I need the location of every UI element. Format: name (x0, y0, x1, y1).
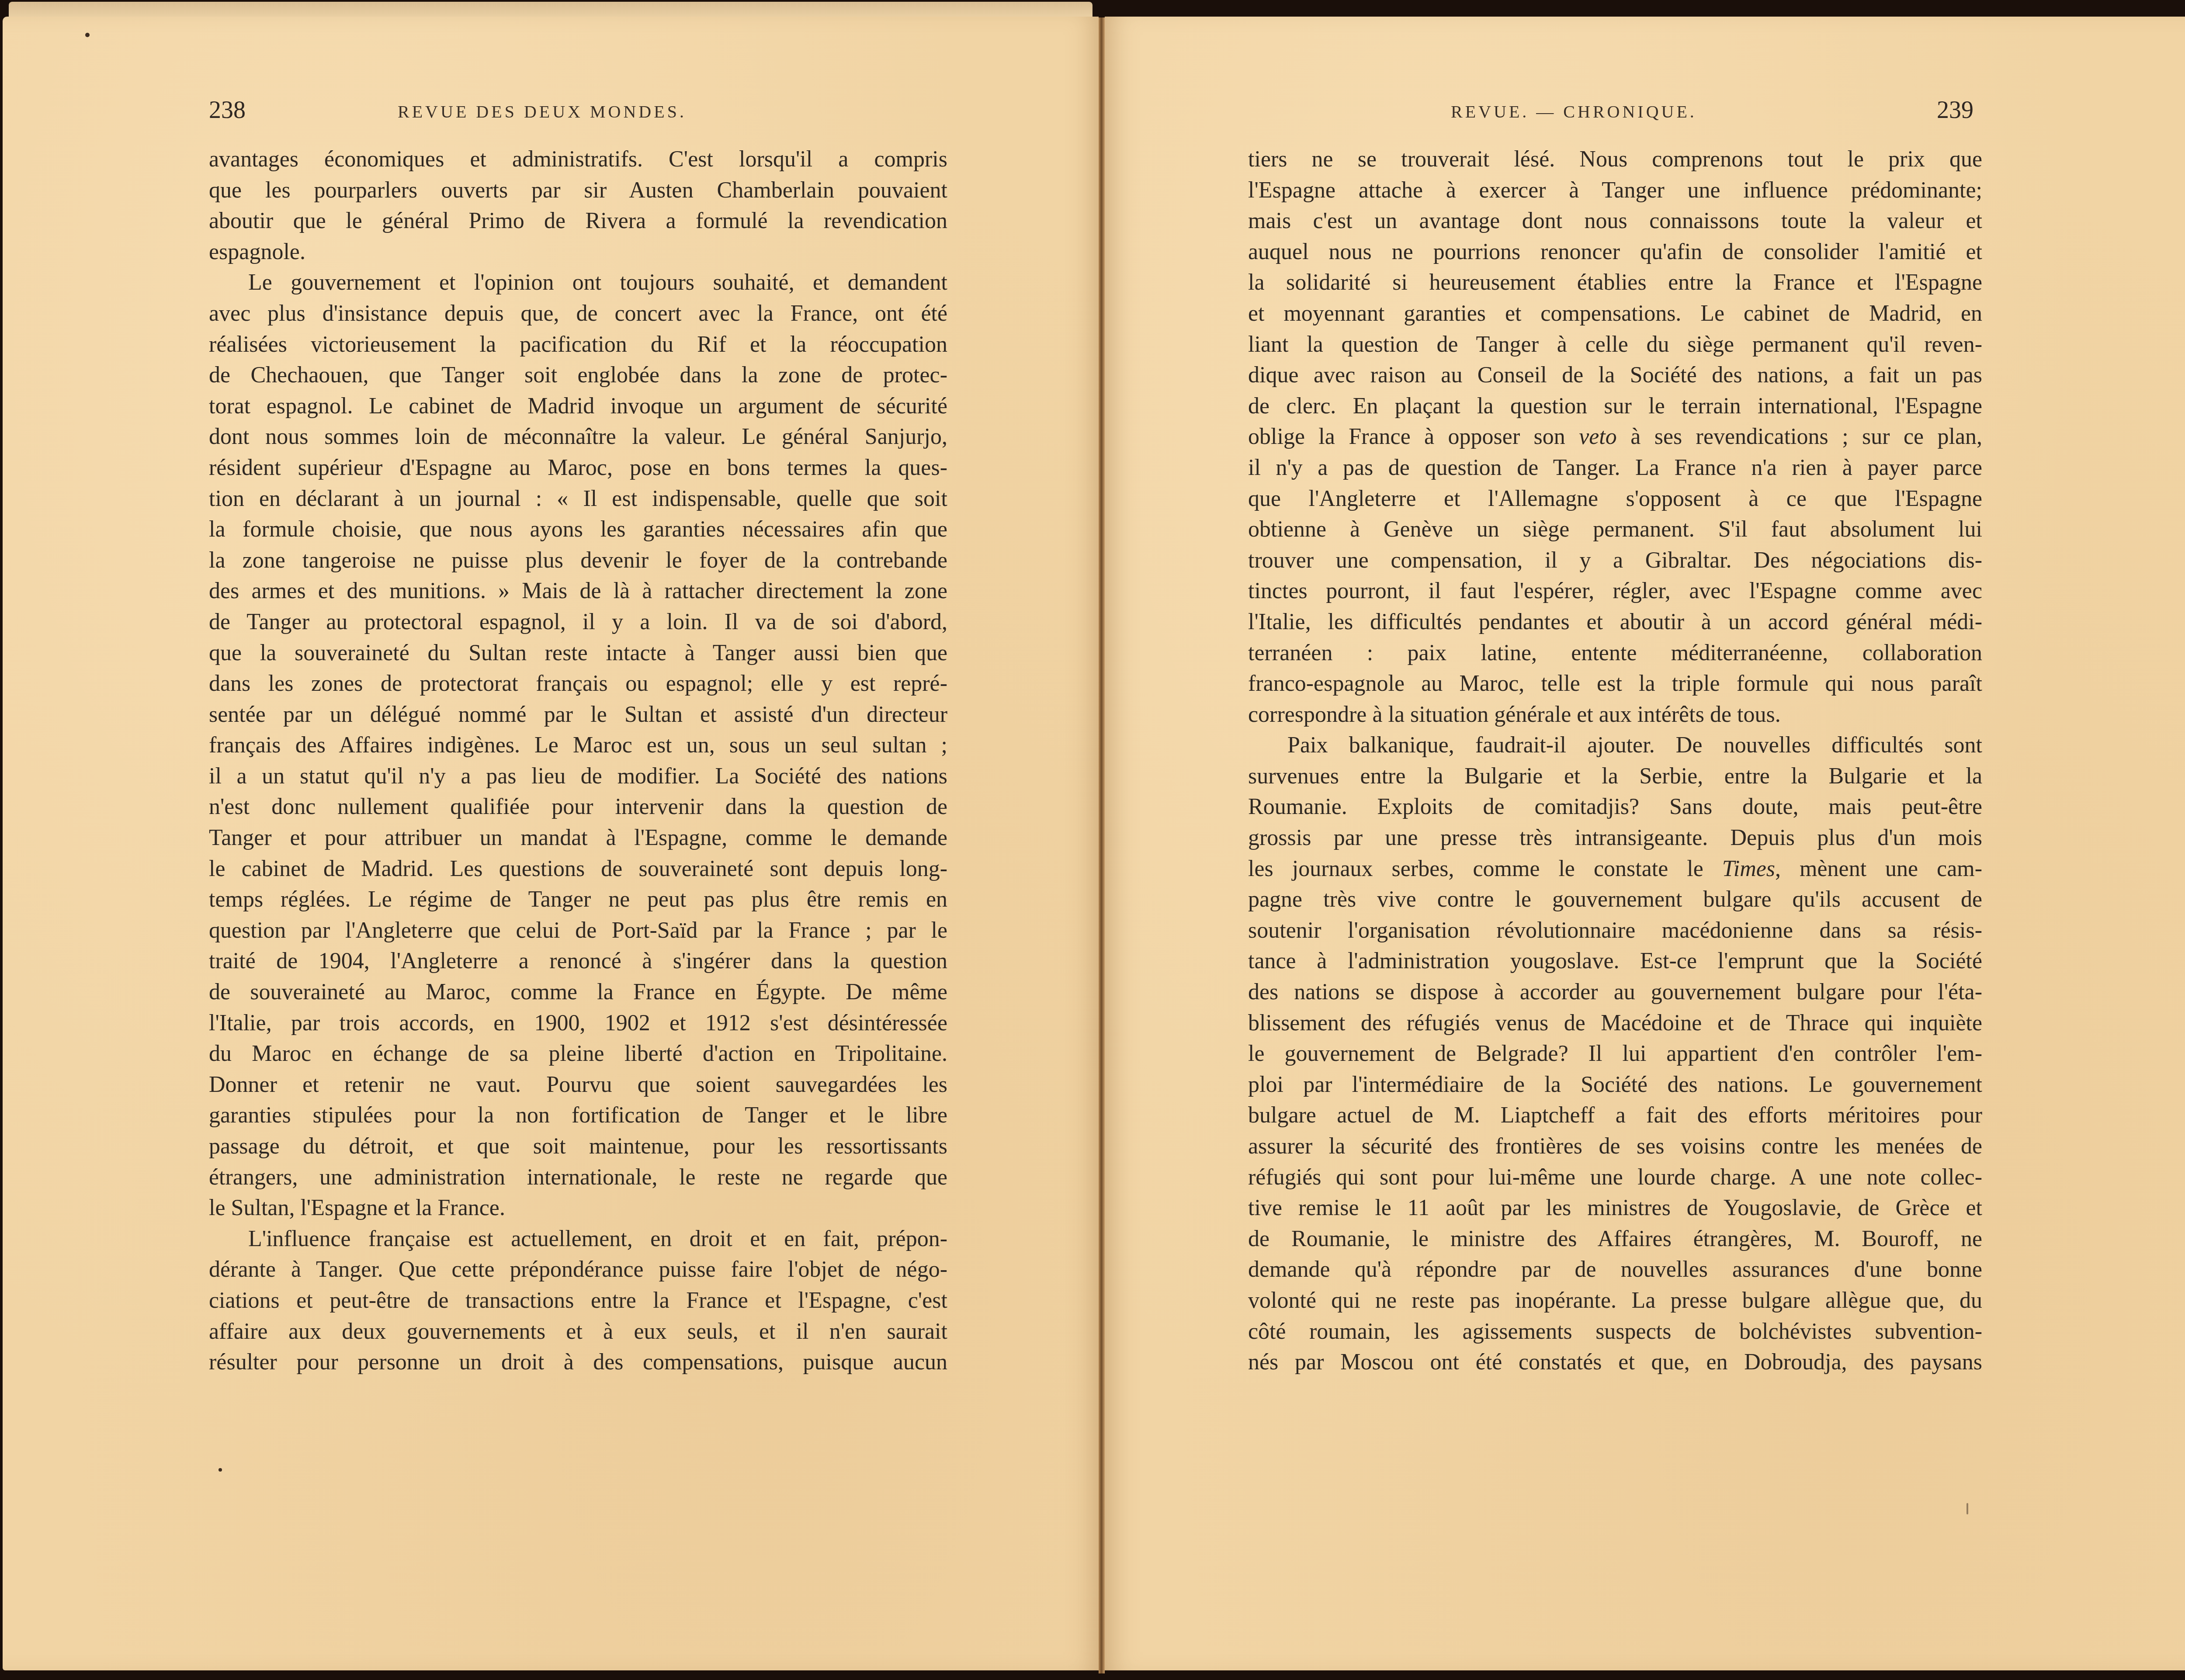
right-page-body: tiers ne se trouverait lésé. Nous compre… (1248, 144, 1982, 1378)
text-line: garanties stipulées pour la non fortific… (209, 1100, 947, 1131)
text-line: réfugiés qui sont pour lui-même une lour… (1248, 1162, 1982, 1193)
text-line: soutenir l'organisation révolutionnaire … (1248, 915, 1982, 946)
text-line: de Tanger au protectoral espagnol, il y … (209, 607, 947, 638)
book-spread: 238 REVUE DES DEUX MONDES. REVUE. — CHRO… (0, 0, 2185, 1680)
text-line: la formule choisie, que nous ayons les g… (209, 514, 947, 545)
text-line: que l'Angleterre et l'Allemagne s'oppose… (1248, 484, 1982, 515)
text-line: que les pourparlers ouverts par sir Aust… (209, 175, 947, 206)
text-line: des nations se dispose à accorder au gou… (1248, 977, 1982, 1008)
text-line: obtienne à Genève un siège permanent. S'… (1248, 514, 1982, 545)
text-line: il a un statut qu'il n'y a pas lieu de m… (209, 761, 947, 792)
text-line: la solidarité si heureusement établies e… (1248, 267, 1982, 298)
text-line: Le gouvernement et l'opinion ont toujour… (209, 267, 947, 298)
text-line: dérante à Tanger. Que cette prépondéranc… (209, 1254, 947, 1285)
text-line: tance à l'administration yougoslave. Est… (1248, 946, 1982, 977)
text-line: blissement des réfugiés venus de Macédoi… (1248, 1008, 1982, 1039)
text-line: dont nous sommes loin de méconnaître la … (209, 422, 947, 453)
paper-speck (85, 33, 90, 37)
text-line: français des Affaires indigènes. Le Maro… (209, 730, 947, 761)
text-line: question par l'Angleterre que celui de P… (209, 915, 947, 946)
text-line: le cabinet de Madrid. Les questions de s… (209, 854, 947, 885)
text-line: survenues entre la Bulgarie et la Serbie… (1248, 761, 1982, 792)
text-line: nés par Moscou ont été constatés et que,… (1248, 1347, 1982, 1378)
text-line: temps réglées. Le régime de Tanger ne pe… (209, 884, 947, 915)
text-line: avec plus d'insistance depuis que, de co… (209, 298, 947, 329)
text-line: que la souveraineté du Sultan reste inta… (209, 638, 947, 669)
text-line: liant la question de Tanger à celle du s… (1248, 329, 1982, 360)
text-line: tiers ne se trouverait lésé. Nous compre… (1248, 144, 1982, 175)
left-page-number: 238 (209, 97, 246, 123)
text-line: auquel nous ne pourrions renoncer qu'afi… (1248, 237, 1982, 268)
text-line: Tanger et pour attribuer un mandat à l'E… (209, 823, 947, 854)
text-line: il n'y a pas de question de Tanger. La F… (1248, 453, 1982, 484)
text-line: Paix balkanique, faudrait-il ajouter. De… (1248, 730, 1982, 761)
text-line: franco-espagnole au Maroc, telle est la … (1248, 669, 1982, 700)
text-line: réalisées victorieusement la pacificatio… (209, 329, 947, 360)
left-page-body: avantages économiques et administratifs.… (209, 144, 947, 1378)
text-line: demande qu'à répondre par de nouvelles a… (1248, 1254, 1982, 1285)
text-line: l'Italie, par trois accords, en 1900, 19… (209, 1008, 947, 1039)
text-line: mais c'est un avantage dont nous connais… (1248, 206, 1982, 237)
text-line: des armes et des munitions. » Mais de là… (209, 576, 947, 607)
text-line: le Sultan, l'Espagne et la France. (209, 1193, 947, 1224)
text-line: volonté qui ne reste pas inopérante. La … (1248, 1285, 1982, 1316)
text-line: correspondre à la situation générale et … (1248, 700, 1982, 731)
text-line: résulter pour personne un droit à des co… (209, 1347, 947, 1378)
text-line: grossis par une presse très intransigean… (1248, 823, 1982, 854)
text-line: les journaux serbes, comme le constate l… (1248, 854, 1982, 885)
text-line: terranéen : paix latine, entente méditer… (1248, 638, 1982, 669)
page-edge-top (9, 2, 1092, 17)
text-line: ciations et peut-être de transactions en… (209, 1285, 947, 1316)
text-line: résident supérieur d'Espagne au Maroc, p… (209, 453, 947, 484)
text-line: espagnole. (209, 237, 947, 268)
text-line: le gouvernement de Belgrade? Il lui appa… (1248, 1039, 1982, 1070)
text-line: de souveraineté au Maroc, comme la Franc… (209, 977, 947, 1008)
text-line: Roumanie. Exploits de comitadjis? Sans d… (1248, 792, 1982, 823)
text-line: l'Espagne attache à exercer à Tanger une… (1248, 175, 1982, 206)
text-line: de clerc. En plaçant la question sur le … (1248, 391, 1982, 422)
text-line: avantages économiques et administratifs.… (209, 144, 947, 175)
text-line: trouver une compensation, il y a Gibralt… (1248, 545, 1982, 576)
text-line: de Roumanie, le ministre des Affaires ét… (1248, 1224, 1982, 1255)
paper-speck (1966, 1503, 1968, 1514)
text-line: de Chechaouen, que Tanger soit englobée … (209, 360, 947, 391)
text-line: aboutir que le général Primo de Rivera a… (209, 206, 947, 237)
text-line: oblige la France à opposer son veto à se… (1248, 422, 1982, 453)
text-line: pagne très vive contre le gouvernement b… (1248, 884, 1982, 915)
text-line: traité de 1904, l'Angleterre a renoncé à… (209, 946, 947, 977)
left-running-head: REVUE DES DEUX MONDES. (398, 99, 687, 125)
text-line: dique avec raison au Conseil de la Socié… (1248, 360, 1982, 391)
text-line: passage du détroit, et que soit maintenu… (209, 1131, 947, 1162)
text-line: étrangers, une administration internatio… (209, 1162, 947, 1193)
text-line: tinctes pourront, il faut l'espérer, rég… (1248, 576, 1982, 607)
text-line: n'est donc nullement qualifiée pour inte… (209, 792, 947, 823)
paper-speck (218, 1468, 222, 1472)
text-line: torat espagnol. Le cabinet de Madrid inv… (209, 391, 947, 422)
italic-word: veto (1579, 424, 1617, 449)
text-line: dans les zones de protectorat français o… (209, 669, 947, 700)
text-line: du Maroc en échange de sa pleine liberté… (209, 1039, 947, 1070)
text-line: côté roumain, les agissements suspects d… (1248, 1316, 1982, 1347)
book-spine (1099, 17, 1105, 1673)
text-line: bulgare actuel de M. Liaptcheff a fait d… (1248, 1100, 1982, 1131)
text-line: tion en déclarant à un journal : « Il es… (209, 484, 947, 515)
text-line: assurer la sécurité des frontières de se… (1248, 1131, 1982, 1162)
right-running-head: REVUE. — CHRONIQUE. (1451, 99, 1697, 125)
text-line: tive remise le 11 août par les ministres… (1248, 1193, 1982, 1224)
text-line: et moyennant garanties et compensations.… (1248, 298, 1982, 329)
text-line: la zone tangeroise ne puisse plus deveni… (209, 545, 947, 576)
right-page-number: 239 (1937, 97, 1973, 123)
text-line: affaire aux deux gouvernements et à eux … (209, 1316, 947, 1347)
text-line: sentée par un délégué nommé par le Sulta… (209, 700, 947, 731)
text-line: Donner et retenir ne vaut. Pourvu que so… (209, 1070, 947, 1101)
italic-word: Times (1722, 856, 1775, 881)
text-line: l'Italie, les difficultés pendantes et a… (1248, 607, 1982, 638)
text-line: ploi par l'intermédiaire de la Société d… (1248, 1070, 1982, 1101)
text-line: L'influence française est actuellement, … (209, 1224, 947, 1255)
